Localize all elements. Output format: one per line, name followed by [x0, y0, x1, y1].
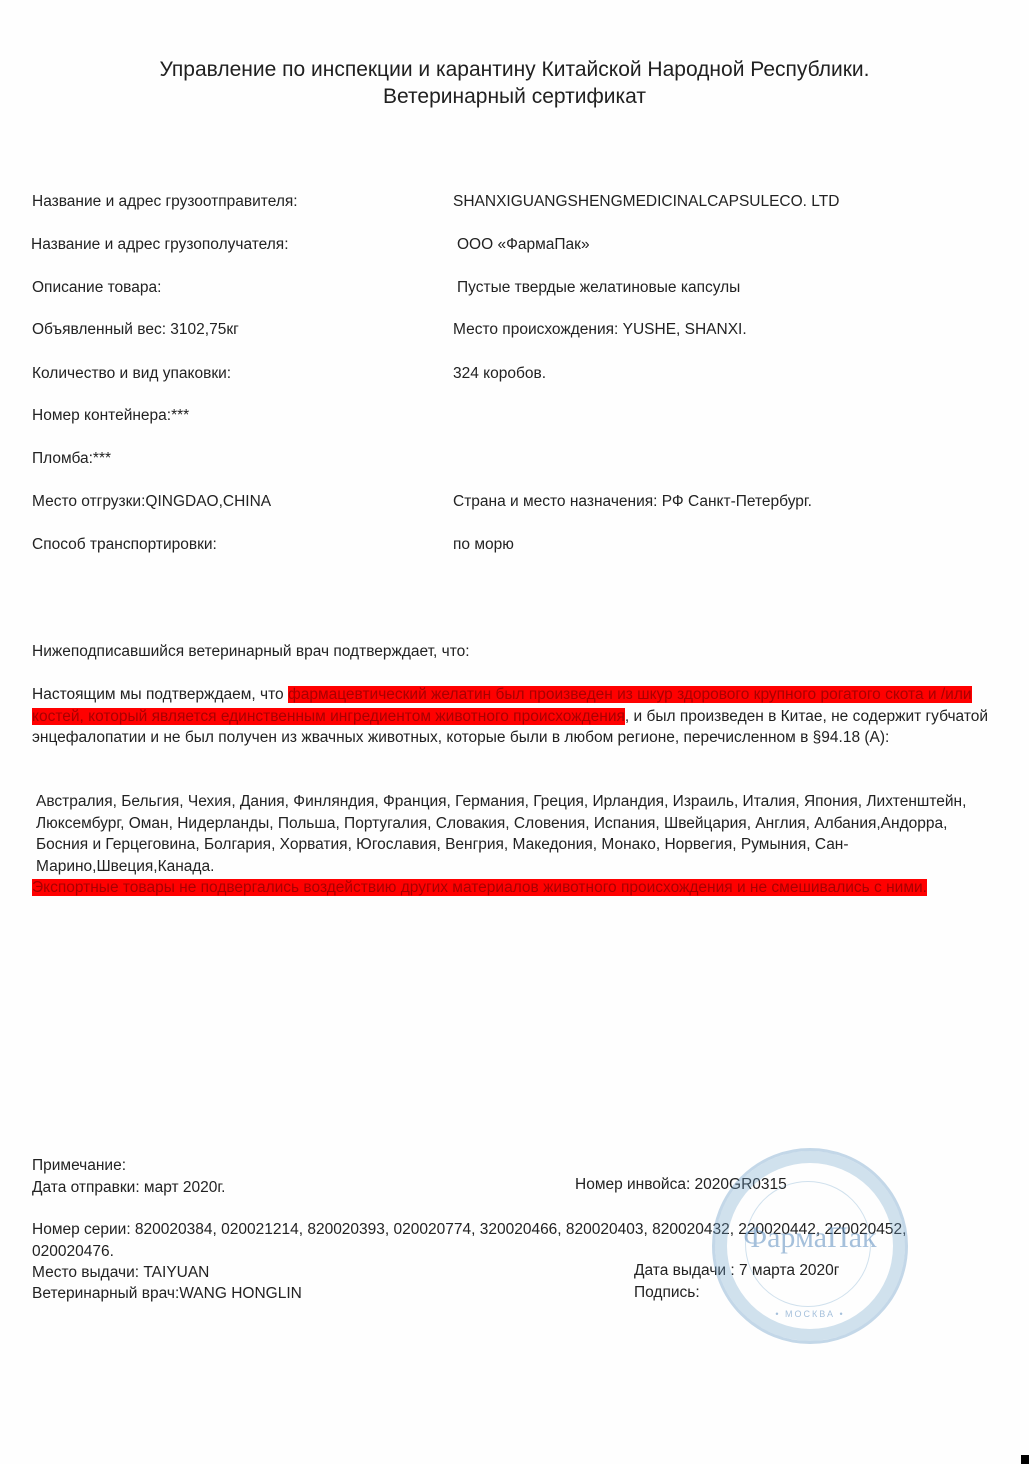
note-label: Примечание:	[32, 1157, 126, 1175]
veterinarian: Ветеринарный врач:WANG HONGLIN	[32, 1285, 302, 1303]
stamp-company-name: ФармаПак	[715, 1221, 905, 1255]
place-of-origin: Место происхождения: YUSHE, SHANXI.	[453, 321, 747, 339]
title-authority: Управление по инспекции и карантину Кита…	[0, 58, 1029, 82]
highlighted-export-statement: Экспортные товары не подвергались воздей…	[32, 879, 927, 896]
shipper-value: SHANXIGUANGSHENGMEDICINALCAPSULECO. LTD	[453, 193, 839, 211]
title-certificate: Ветеринарный сертификат	[0, 85, 1029, 109]
description-label: Описание товара:	[32, 279, 161, 297]
container-number: Номер контейнера:***	[32, 407, 189, 425]
issue-place: Место выдачи: TAIYUAN	[32, 1264, 209, 1282]
packaging-label: Количество и вид упаковки:	[32, 365, 231, 383]
description-value: Пустые твердые желатиновые капсулы	[457, 279, 740, 297]
certification-paragraph: Настоящим мы подтверждаем, что фармацевт…	[32, 684, 992, 749]
certification-intro: Нижеподписавшийся ветеринарный врач подт…	[32, 643, 470, 661]
consignee-label: Название и адрес грузополучателя:	[31, 236, 289, 254]
shipping-date: Дата отправки: март 2020г.	[32, 1179, 225, 1197]
consignee-value: ООО «ФармаПак»	[457, 236, 590, 254]
declared-weight: Объявленный вес: 3102,75кг	[32, 321, 239, 339]
signature-label: Подпись:	[634, 1284, 700, 1302]
packaging-value: 324 коробов.	[453, 365, 546, 383]
stamp-city: • МОСКВА •	[715, 1309, 905, 1319]
transport-label: Способ транспортировки:	[32, 536, 217, 554]
transport-value: по морю	[453, 536, 514, 554]
loading-place: Место отгрузки:QINGDAO,CHINA	[32, 493, 271, 511]
paragraph-start: Настоящим мы подтверждаем, что	[32, 686, 288, 703]
destination: Страна и место назначения: РФ Санкт-Пете…	[453, 493, 812, 511]
seal-number: Пломба:***	[32, 450, 111, 468]
company-stamp-icon: ФармаПак • МОСКВА •	[712, 1148, 908, 1344]
country-list: Австралия, Бельгия, Чехия, Дания, Финлян…	[36, 791, 996, 877]
export-statement: Экспортные товары не подвергались воздей…	[32, 877, 937, 899]
shipper-label: Название и адрес грузоотправителя:	[32, 193, 298, 211]
scan-corner-mark	[1021, 1455, 1029, 1464]
